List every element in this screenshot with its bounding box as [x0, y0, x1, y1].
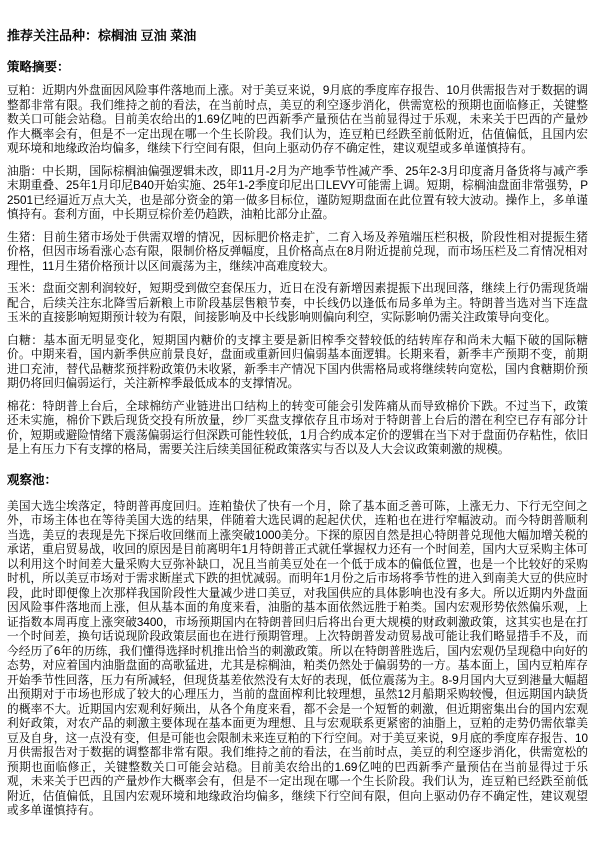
paragraph-soybean-meal: 豆粕：近期内外盘面因风险事件落地而上涨。对于美豆来说，9月底的季度库存报告、10… [7, 84, 588, 157]
paragraph-watchlist-commentary: 美国大选尘埃落定，特朗普再度回归。连粕蛰伏了快有一个月，除了基本面乏善可陈，上涨… [7, 500, 588, 819]
paragraph-sugar: 白糖：基本面无明显变化，短期国内糖价的支撑主要是新旧榨季交替较低的结转库存和尚未… [7, 334, 588, 392]
paragraph-hogs: 生猪：目前生猪市场处于供需双增的情况，因标肥价格走扩，二育入场及养殖端压栏积极，… [7, 231, 588, 275]
paragraph-oils: 油脂：中长期，国际棕榈油偏强逻辑未改，即11月-2月为产地季节性减产季、25年2… [7, 165, 588, 223]
paragraph-cotton: 棉花：特朗普上台后，全球棉纺产业链进出口结构上的转变可能会引发阵痛从而导致棉价下… [7, 400, 588, 458]
paragraph-corn: 玉米：盘面交割利润较好，短期受到做空套保压力，近日在没有新增因素提振下出现回落，… [7, 282, 588, 326]
strategy-summary-header: 策略摘要： [7, 60, 588, 74]
report-page: 推荐关注品种：棕榈油 豆油 菜油 策略摘要： 豆粕：近期内外盘面因风险事件落地而… [0, 0, 595, 842]
watchlist-header: 观察池： [7, 473, 588, 487]
page-title: 推荐关注品种：棕榈油 豆油 菜油 [7, 28, 588, 43]
